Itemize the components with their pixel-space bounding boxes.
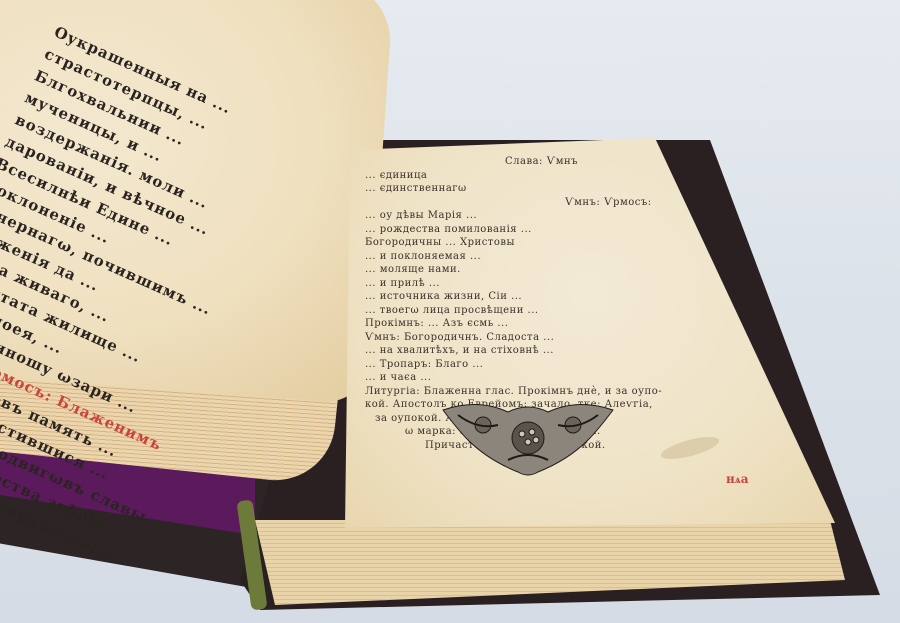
text-line: ... єдинственнагω <box>365 182 765 196</box>
text-line: Прокімнъ: ... Азъ єсмь ... <box>365 317 765 331</box>
text-line: ... моляще нами. <box>365 263 765 277</box>
text-line: ... и прилѣ ... <box>365 277 765 291</box>
text-line: ... источника жизни, Сіи ... <box>365 290 765 304</box>
folio-number: нѧа <box>726 472 749 487</box>
text-line: ... твоегω лица просвѣщени ... <box>365 304 765 318</box>
text-line: Литургіа: Блаженна глас. Прокімнъ днѐ, и… <box>365 385 765 399</box>
text-line: ... рождества помилованія ... <box>365 223 765 237</box>
rubric-line: Ѵмнъ: Ѵрмосъ: <box>365 196 765 210</box>
page-header: Слава: Ѵмнъ <box>365 155 765 169</box>
photo-scene: Оукрашенныя на ... страстотерпцы, ... Бл… <box>0 0 900 623</box>
text-line: ... Тропаръ: Благо ... <box>365 358 765 372</box>
rubric-line: Ѵмнъ: Богородичнъ. Сладоста ... <box>365 331 765 345</box>
text-line: ... єдиница <box>365 169 765 183</box>
text-line: ... и поклоняемая ... <box>365 250 765 264</box>
floral-tailpiece-ornament <box>438 400 618 478</box>
text-line: ... и чаєа ... <box>365 371 765 385</box>
text-line: ... оу дѣвы Марія ... <box>365 209 765 223</box>
text-line: Богородичны ... Христовы <box>365 236 765 250</box>
text-line: ... на хвалитѣхъ, и на стіховнѣ ... <box>365 344 765 358</box>
